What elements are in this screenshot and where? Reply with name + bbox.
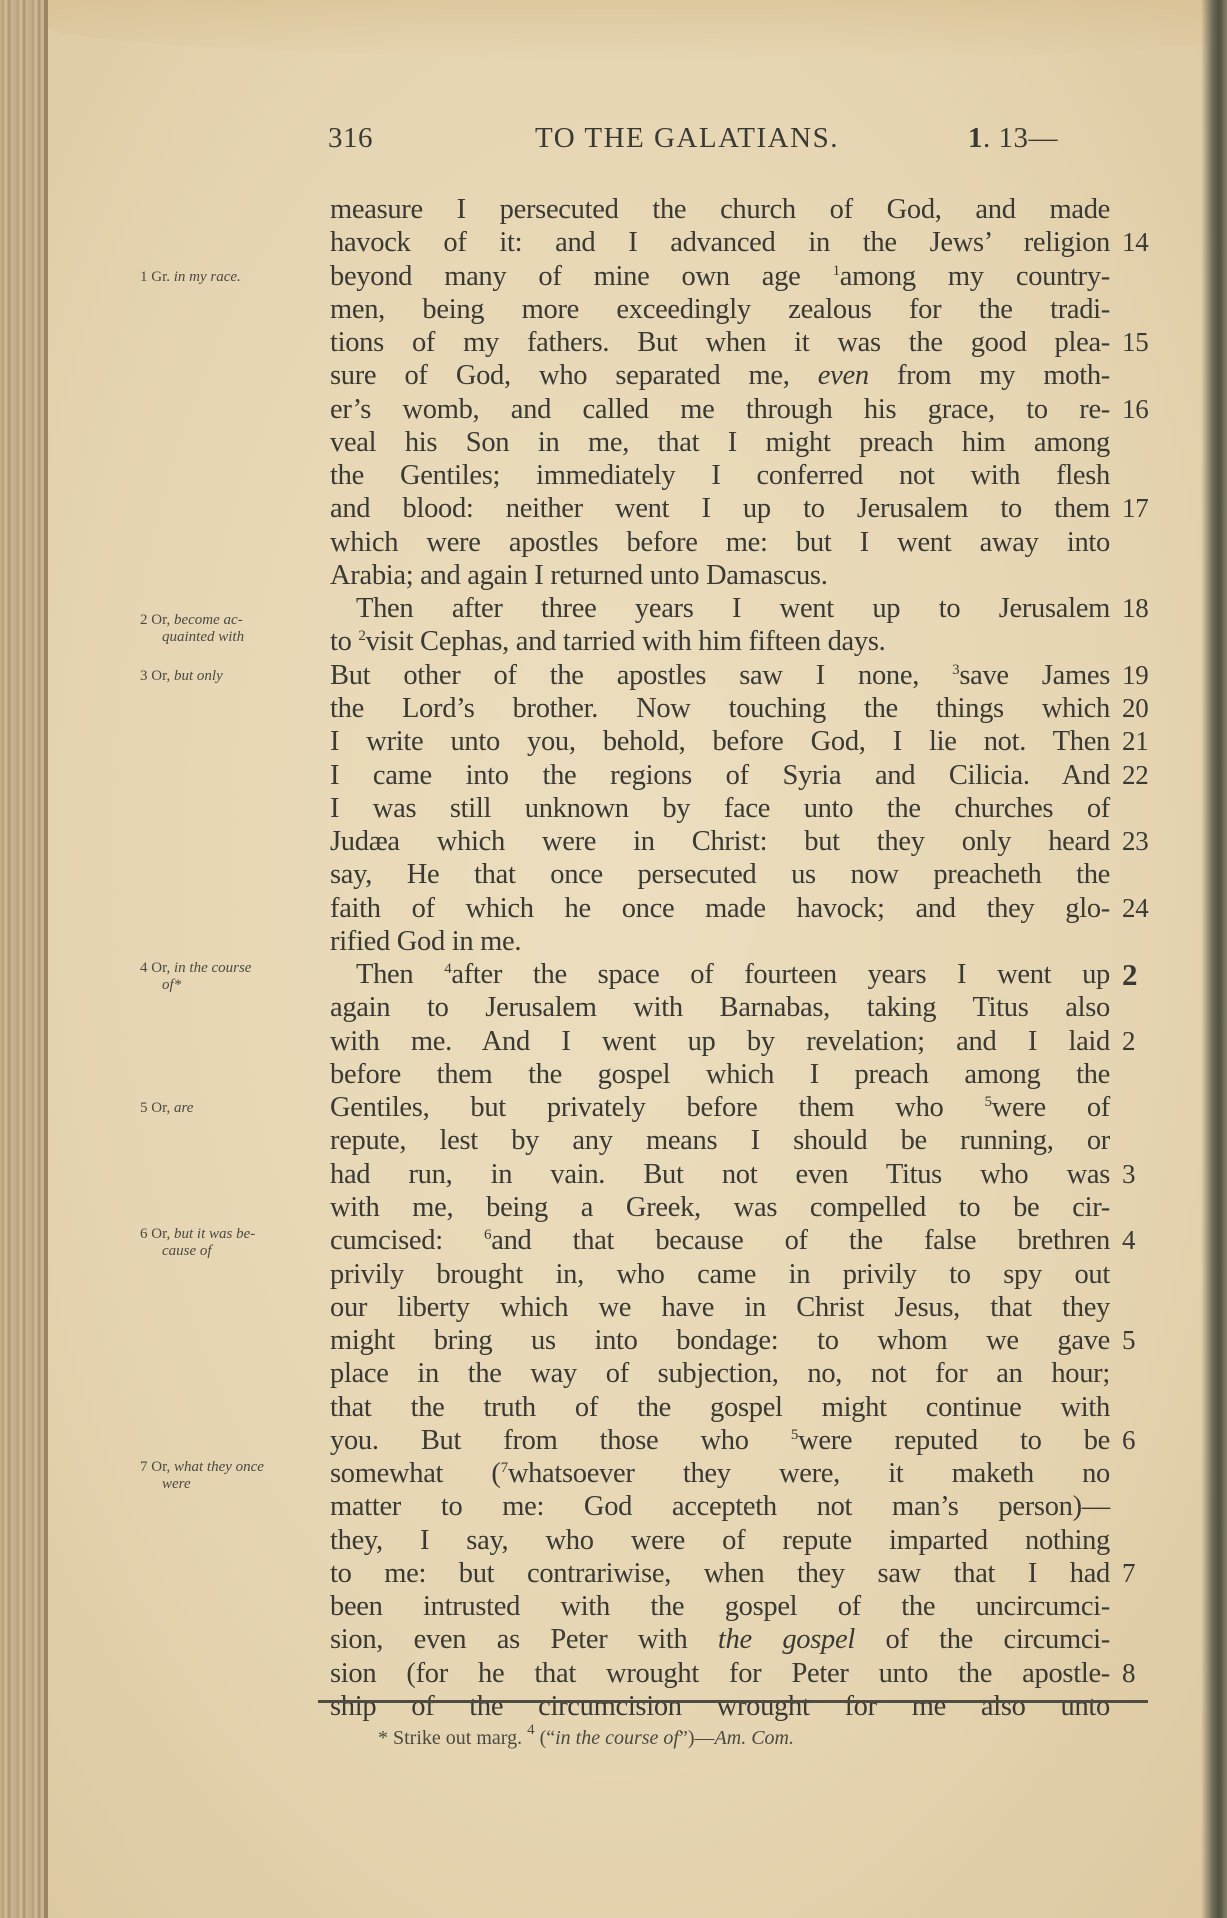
note-text: in my race. <box>174 269 241 285</box>
text-line: Then 4after the space of fourteen years … <box>330 958 1110 991</box>
note-text: become ac- <box>174 612 243 628</box>
binding-shadow-right <box>1201 0 1227 1918</box>
text-line: place in the way of subjection, no, not … <box>330 1357 1110 1390</box>
text-line: I write unto you, behold, before God, I … <box>330 725 1110 758</box>
line-text-pre: Gentiles, but privately before them who <box>330 1092 984 1123</box>
line-text-post: among my country- <box>840 261 1110 292</box>
italic-word: the gospel <box>718 1624 855 1655</box>
chapter-number: 2 <box>1122 958 1162 991</box>
chapter-verse-ref: 1. 13— <box>968 122 1058 155</box>
verse-number: 15 <box>1122 326 1162 359</box>
text-line: they, I say, who were of repute imparted… <box>330 1524 1110 1557</box>
note-text-continued: cause of <box>140 1243 325 1260</box>
line-text: Judæa which were in Christ: but they onl… <box>330 826 1110 857</box>
running-title: TO THE GALATIANS. <box>535 122 839 155</box>
line-text-pre: sure of God, who separated me, <box>330 360 818 391</box>
line-text-post: after the space of fourteen years I went… <box>451 959 1110 990</box>
marginal-note-ref: 1 <box>833 263 840 279</box>
line-text: somewhat (7whatsoever they were, it make… <box>330 1458 1110 1489</box>
footnote-attribution: Am. Com. <box>715 1727 794 1749</box>
text-line: beyond many of mine own age 1among my co… <box>330 260 1110 293</box>
line-text: ship of the circumcision wrought for me … <box>330 1691 1110 1722</box>
line-text: had run, in vain. But not even Titus who… <box>330 1159 1110 1190</box>
note-text-continued: were <box>140 1476 325 1493</box>
line-text: to me: but contrariwise, when they saw t… <box>330 1558 1110 1589</box>
verse-number: 3 <box>1122 1158 1162 1191</box>
line-text: faith of which he once made havock; and … <box>330 893 1110 924</box>
note-prefix: Or, <box>151 960 170 976</box>
line-text: tions of my fathers. But when it was the… <box>330 327 1110 358</box>
text-line: say, He that once persecuted us now prea… <box>330 858 1110 891</box>
line-text: sion, even as Peter with the gospel of t… <box>330 1624 1110 1655</box>
page-edges-left <box>0 0 44 1918</box>
line-text: repute, lest by any means I should be ru… <box>330 1125 1110 1156</box>
text-line: that the truth of the gospel might conti… <box>330 1391 1110 1424</box>
text-line: Then after three years I went up to Jeru… <box>330 592 1110 625</box>
line-text: the Lord’s brother. Now touching the thi… <box>330 693 1110 724</box>
text-line: havock of it: and I advanced in the Jews… <box>330 226 1110 259</box>
note-prefix: Or, <box>151 612 170 628</box>
footnote-quote-close: ”)— <box>679 1727 715 1749</box>
verse-number: 2 <box>1122 1025 1162 1058</box>
footnote-marker: * <box>378 1727 388 1749</box>
line-text-post: were of <box>992 1092 1110 1123</box>
text-line: ship of the circumcision wrought for me … <box>330 1690 1110 1723</box>
line-text-post: visit Cephas, and tarried with him fifte… <box>366 626 886 657</box>
note-number: 6 <box>140 1226 148 1242</box>
note-text-continued: quainted with <box>140 629 325 646</box>
line-text-pre: Then <box>356 959 444 990</box>
line-text: er’s womb, and called me through his gra… <box>330 394 1110 425</box>
line-text: again to Jerusalem with Barnabas, taking… <box>330 992 1110 1023</box>
note-number: 4 <box>140 960 148 976</box>
text-line: our liberty which we have in Christ Jesu… <box>330 1291 1110 1324</box>
verse-number: 6 <box>1122 1424 1162 1457</box>
footnote-text: Strike out marg. <box>388 1727 527 1749</box>
note-number: 2 <box>140 612 148 628</box>
text-line: I came into the regions of Syria and Cil… <box>330 759 1110 792</box>
line-text: been intrusted with the gospel of the un… <box>330 1591 1110 1622</box>
text-line: tions of my fathers. But when it was the… <box>330 326 1110 359</box>
text-line: somewhat (7whatsoever they were, it make… <box>330 1457 1110 1490</box>
text-line: matter to me: God accepteth not man’s pe… <box>330 1490 1110 1523</box>
line-text: sure of God, who separated me, even from… <box>330 360 1110 391</box>
text-line: er’s womb, and called me through his gra… <box>330 393 1110 426</box>
text-line: been intrusted with the gospel of the un… <box>330 1590 1110 1623</box>
marginal-note-ref: 5 <box>984 1094 991 1110</box>
note-text: in the course <box>174 960 251 976</box>
line-text-post: whatsoever they were, it maketh no <box>508 1458 1110 1489</box>
footnote: * Strike out marg. 4 (“in the course of”… <box>378 1727 794 1750</box>
line-text-post: and that because of the false brethren <box>491 1225 1110 1256</box>
text-line: you. But from those who 5were reputed to… <box>330 1424 1110 1457</box>
footnote-italic: in the course of <box>555 1727 679 1749</box>
line-text-post: from my moth- <box>869 360 1110 391</box>
line-text: which were apostles before me: but I wen… <box>330 527 1110 558</box>
text-line: the Lord’s brother. Now touching the thi… <box>330 692 1110 725</box>
text-line: which were apostles before me: but I wen… <box>330 526 1110 559</box>
text-line: sure of God, who separated me, even from… <box>330 359 1110 392</box>
verse-number: 8 <box>1122 1657 1162 1690</box>
line-text: might bring us into bondage: to whom we … <box>330 1325 1110 1356</box>
footnote-sup: 4 <box>527 1722 535 1738</box>
line-text-pre: sion, even as Peter with <box>330 1624 718 1655</box>
text-line: to 2visit Cephas, and tarried with him f… <box>330 625 1110 658</box>
verse-number: 17 <box>1122 492 1162 525</box>
line-text-post: save James <box>959 660 1110 691</box>
footnote-quote-open: (“ <box>535 1727 556 1749</box>
line-text: before them the gospel which I preach am… <box>330 1059 1110 1090</box>
line-text-pre: to <box>330 626 358 657</box>
note-text: but only <box>174 668 223 684</box>
verse-number: 21 <box>1122 725 1162 758</box>
line-text: the Gentiles; immediately I conferred no… <box>330 460 1110 491</box>
running-header: 316 TO THE GALATIANS. 1. 13— <box>328 122 1128 162</box>
line-text: veal his Son in me, that I might preach … <box>330 427 1110 458</box>
line-text: I was still unknown by face unto the chu… <box>330 793 1110 824</box>
line-text: matter to me: God accepteth not man’s pe… <box>330 1491 1110 1522</box>
text-line: might bring us into bondage: to whom we … <box>330 1324 1110 1357</box>
line-text: But other of the apostles saw I none, 3s… <box>330 660 1110 691</box>
verse-number: 18 <box>1122 592 1162 625</box>
line-text: cumcised: 6and that because of the false… <box>330 1225 1110 1256</box>
text-line: rified God in me. <box>330 925 1110 958</box>
line-text: our liberty which we have in Christ Jesu… <box>330 1292 1110 1323</box>
marginal-note: 1 Gr. in my race. <box>140 269 325 286</box>
line-text: with me. And I went up by revelation; an… <box>330 1026 1110 1057</box>
line-text: place in the way of subjection, no, not … <box>330 1358 1110 1389</box>
line-text: and blood: neither went I up to Jerusale… <box>330 493 1110 524</box>
text-line: sion (for he that wrought for Peter unto… <box>330 1657 1110 1690</box>
text-line: cumcised: 6and that because of the false… <box>330 1224 1110 1257</box>
note-text-continued: of* <box>140 977 325 994</box>
note-number: 3 <box>140 668 148 684</box>
line-text-pre: beyond many of mine own age <box>330 261 833 292</box>
text-line: had run, in vain. But not even Titus who… <box>330 1158 1110 1191</box>
line-text: men, being more exceedingly zealous for … <box>330 294 1110 325</box>
line-text: that the truth of the gospel might conti… <box>330 1392 1110 1423</box>
line-text: with me, being a Greek, was compelled to… <box>330 1192 1110 1223</box>
text-line: before them the gospel which I preach am… <box>330 1058 1110 1091</box>
chapter-number: 1 <box>968 122 983 154</box>
note-prefix: Or, <box>151 1459 170 1475</box>
italic-word: even <box>818 360 869 391</box>
marginal-note: 4 Or, in the courseof* <box>140 960 325 994</box>
text-line: to me: but contrariwise, when they saw t… <box>330 1557 1110 1590</box>
line-text: Gentiles, but privately before them who … <box>330 1092 1110 1123</box>
line-text: to 2visit Cephas, and tarried with him f… <box>330 626 885 657</box>
footnote-rule <box>318 1700 1148 1703</box>
line-text-post: of the circumci- <box>855 1624 1110 1655</box>
note-number: 5 <box>140 1100 148 1116</box>
line-text: privily brought in, who came in privily … <box>330 1259 1110 1290</box>
line-text: they, I say, who were of repute imparted… <box>330 1525 1110 1556</box>
note-prefix: Or, <box>151 1100 170 1116</box>
water-stain <box>40 0 1220 60</box>
verse-number: 22 <box>1122 759 1162 792</box>
text-line: Gentiles, but privately before them who … <box>330 1091 1110 1124</box>
line-text-pre: cumcised: <box>330 1225 484 1256</box>
marginal-note: 3 Or, but only <box>140 668 325 685</box>
line-text-post: were reputed to be <box>798 1425 1110 1456</box>
note-text: what they once <box>174 1459 264 1475</box>
book-page: 316 TO THE GALATIANS. 1. 13— 1 Gr. in my… <box>0 0 1227 1918</box>
verse-number: 14 <box>1122 226 1162 259</box>
line-text: sion (for he that wrought for Peter unto… <box>330 1658 1110 1689</box>
line-text: Then 4after the space of fourteen years … <box>356 959 1110 990</box>
verse-number: 7 <box>1122 1557 1162 1590</box>
text-line: with me. And I went up by revelation; an… <box>330 1025 1110 1058</box>
marginal-note-ref: 7 <box>501 1460 508 1476</box>
text-line: with me, being a Greek, was compelled to… <box>330 1191 1110 1224</box>
line-text-pre: But other of the apostles saw I none, <box>330 660 952 691</box>
note-prefix: Or, <box>151 668 170 684</box>
note-text: but it was be- <box>174 1226 255 1242</box>
text-line: But other of the apostles saw I none, 3s… <box>330 659 1110 692</box>
note-number: 1 <box>140 269 148 285</box>
verse-number: 19 <box>1122 659 1162 692</box>
verse-number: 20 <box>1122 692 1162 725</box>
text-line: again to Jerusalem with Barnabas, taking… <box>330 991 1110 1024</box>
verse-number: 23 <box>1122 825 1162 858</box>
verse-number: 4 <box>1122 1224 1162 1257</box>
marginal-note: 7 Or, what they oncewere <box>140 1459 325 1493</box>
marginal-note: 6 Or, but it was be-cause of <box>140 1226 325 1260</box>
note-prefix: Or, <box>151 1226 170 1242</box>
marginal-note-ref: 5 <box>791 1427 798 1443</box>
line-text-pre: somewhat ( <box>330 1458 501 1489</box>
verse-number: 16 <box>1122 393 1162 426</box>
line-text: beyond many of mine own age 1among my co… <box>330 261 1110 292</box>
text-line: and blood: neither went I up to Jerusale… <box>330 492 1110 525</box>
body-text: measure I persecuted the church of God, … <box>330 193 1110 1723</box>
marginal-note: 5 Or, are <box>140 1100 325 1117</box>
line-text: havock of it: and I advanced in the Jews… <box>330 227 1110 258</box>
line-text-pre: you. But from those who <box>330 1425 791 1456</box>
text-line: sion, even as Peter with the gospel of t… <box>330 1623 1110 1656</box>
note-prefix: Gr. <box>151 269 170 285</box>
text-line: faith of which he once made havock; and … <box>330 892 1110 925</box>
text-line: measure I persecuted the church of God, … <box>330 193 1110 226</box>
note-number: 7 <box>140 1459 148 1475</box>
text-line: the Gentiles; immediately I conferred no… <box>330 459 1110 492</box>
text-line: Arabia; and again I returned unto Damasc… <box>330 559 1110 592</box>
text-line: veal his Son in me, that I might preach … <box>330 426 1110 459</box>
line-text: rified God in me. <box>330 926 521 957</box>
line-text: I write unto you, behold, before God, I … <box>330 726 1110 757</box>
marginal-note: 2 Or, become ac-quainted with <box>140 612 325 646</box>
verse-number: 5 <box>1122 1324 1162 1357</box>
verse-start: . 13— <box>983 122 1058 154</box>
text-line: men, being more exceedingly zealous for … <box>330 293 1110 326</box>
text-line: privily brought in, who came in privily … <box>330 1258 1110 1291</box>
line-text: you. But from those who 5were reputed to… <box>330 1425 1110 1456</box>
text-line: I was still unknown by face unto the chu… <box>330 792 1110 825</box>
line-text: Then after three years I went up to Jeru… <box>356 593 1110 624</box>
verse-number: 24 <box>1122 892 1162 925</box>
line-text: I came into the regions of Syria and Cil… <box>330 760 1110 791</box>
note-text: are <box>174 1100 193 1116</box>
text-line: repute, lest by any means I should be ru… <box>330 1124 1110 1157</box>
line-text: say, He that once persecuted us now prea… <box>330 859 1110 890</box>
page-number: 316 <box>328 122 373 155</box>
line-text: Arabia; and again I returned unto Damasc… <box>330 560 828 591</box>
marginal-note-ref: 2 <box>358 628 365 644</box>
text-line: Judæa which were in Christ: but they onl… <box>330 825 1110 858</box>
line-text: measure I persecuted the church of God, … <box>330 194 1110 225</box>
